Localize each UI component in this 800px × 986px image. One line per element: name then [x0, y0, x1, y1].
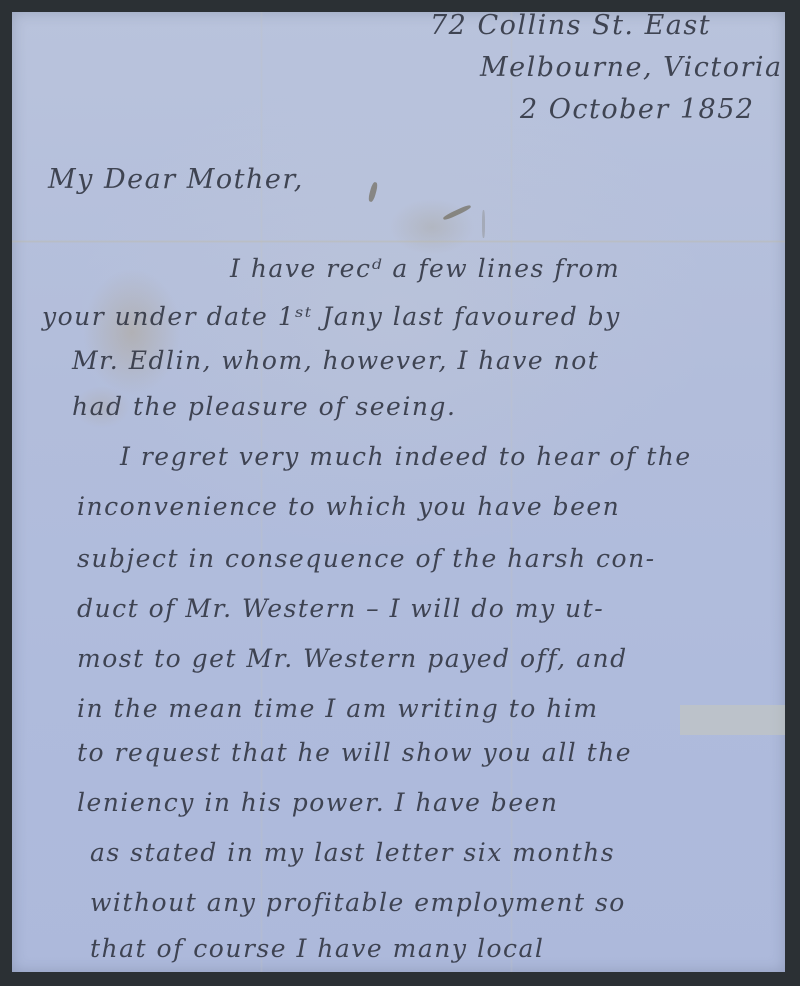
body-line: that of course I have many local: [90, 934, 544, 963]
body-line: to request that he will show you all the: [77, 738, 632, 767]
body-line: leniency in his power. I have been: [77, 788, 559, 817]
body-line: your under date 1ˢᵗ Jany last favoured b…: [42, 302, 621, 331]
body-line: inconvenience to which you have been: [77, 492, 620, 521]
body-line: as stated in my last letter six months: [90, 838, 615, 867]
paper-repair-patch: [680, 705, 785, 735]
body-line: most to get Mr. Western payed off, and: [77, 644, 628, 673]
address-city: Melbourne, Victoria: [480, 52, 783, 83]
fold-crease-horizontal: [12, 240, 785, 243]
body-line: I regret very much indeed to hear of the: [120, 442, 692, 471]
letter-page: 72 Collins St. East Melbourne, Victoria …: [12, 12, 785, 972]
ink-blot: [482, 210, 485, 238]
body-line: duct of Mr. Western – I will do my ut-: [77, 594, 604, 623]
body-line: subject in consequence of the harsh con-: [77, 544, 656, 573]
address-street: 72 Collins St. East: [430, 12, 711, 41]
body-line: Mr. Edlin, whom, however, I have not: [72, 346, 599, 375]
ink-blot: [442, 204, 471, 221]
body-line: in the mean time I am writing to him: [77, 694, 599, 723]
letter-date: 2 October 1852: [520, 94, 755, 125]
ink-blot: [368, 182, 379, 203]
scan-frame: 72 Collins St. East Melbourne, Victoria …: [0, 0, 800, 986]
body-line: I have recᵈ a few lines from: [230, 254, 620, 283]
body-line: without any profitable employment so: [90, 888, 626, 917]
body-line: had the pleasure of seeing.: [72, 392, 456, 421]
salutation: My Dear Mother,: [48, 164, 304, 195]
